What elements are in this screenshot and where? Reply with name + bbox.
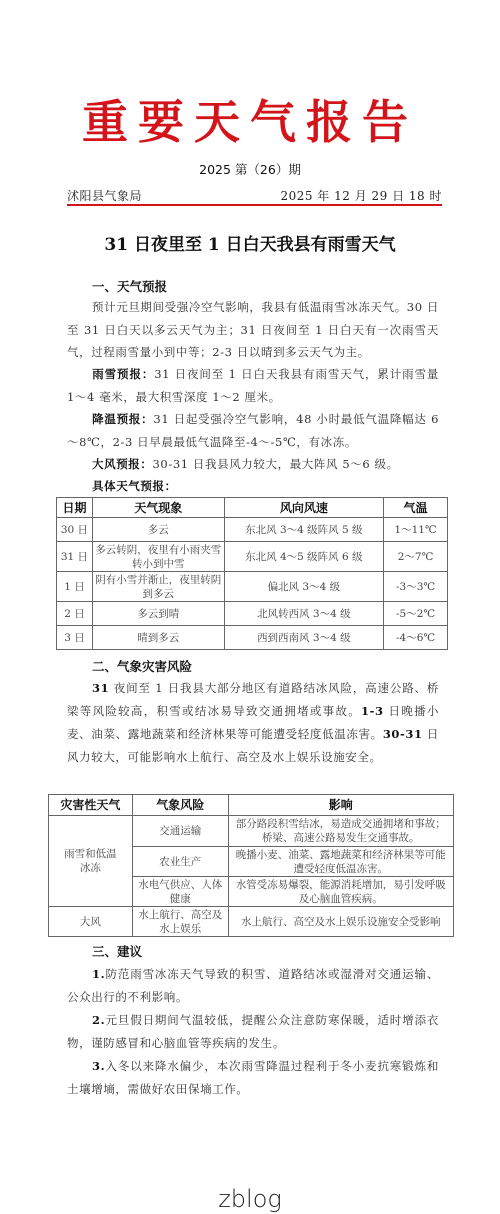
table-row: 1 日 阴有小雪并渐止，夜里转阴到多云 偏北风 3～4 级 -3～3℃ [57, 572, 448, 602]
table-row: 31 日 多云转阴，夜里有小雨夹雪转小到中雪 东北风 4～5 级阵风 6 级 2… [57, 542, 448, 572]
advice-item: 2.元旦假日期间气温较低，提醒公众注意防寒保暖，适时增添衣物，谨防感冒和心脑血管… [67, 1009, 439, 1054]
col-wind: 风向风速 [224, 498, 384, 518]
report-title: 重要天气报告 [0, 92, 500, 152]
col-temp: 气温 [384, 498, 448, 518]
meta-row: 沭阳县气象局 2025 年 12 月 29 日 18 时 [67, 187, 442, 204]
forecast-table-header: 日期 天气现象 风向风速 气温 [57, 498, 448, 518]
cooling-forecast: 降温预报：31 日起受强冷空气影响，48 小时最低气温降幅达 6～8℃，2-3 … [67, 408, 439, 453]
section-heading-advice: 三、建议 [92, 942, 142, 960]
rain-snow-forecast: 雨雪预报：31 日夜间至 1 日白天我县有雨雪天气，累计雨雪量 1～4 毫米，最… [67, 363, 439, 408]
table-row: 30 日 多云 东北风 3～4 级阵风 5 级 1～11℃ [57, 518, 448, 542]
col-weather: 天气现象 [92, 498, 224, 518]
issue-number: 2025 第（26）期 [0, 160, 500, 178]
col-impact: 影响 [228, 795, 453, 816]
table-row: 3 日 晴到多云 西到西南风 3～4 级 -4～6℃ [57, 626, 448, 650]
hazard-rain-snow: 雨雪和低温冰冻 [49, 816, 133, 907]
col-hazard: 灾害性天气 [49, 795, 133, 816]
table-row: 雨雪和低温冰冻 交通运输 部分路段积雪结冰，易造成交通拥堵和事故；桥梁、高速公路… [49, 816, 454, 847]
col-date: 日期 [57, 498, 93, 518]
red-divider [67, 204, 442, 206]
issue-datetime: 2025 年 12 月 29 日 18 时 [280, 187, 442, 204]
detail-forecast-label: 具体天气预报： [67, 475, 439, 498]
section-heading-forecast: 一、天气预报 [92, 277, 167, 295]
forecast-table: 日期 天气现象 风向风速 气温 30 日 多云 东北风 3～4 级阵风 5 级 … [56, 497, 448, 650]
hazard-wind: 大风 [49, 907, 133, 937]
section-heading-risk: 二、气象灾害风险 [92, 657, 192, 675]
forecast-intro: 预计元旦期间受强冷空气影响，我县有低温雨雪冰冻天气。30 日至 31 日白天以多… [67, 296, 439, 364]
col-risk: 气象风险 [132, 795, 228, 816]
risk-paragraph: 31 夜间至 1 日我县大部分地区有道路结冰风险，高速公路、桥梁等风险较高，积雪… [67, 677, 439, 769]
issuer: 沭阳县气象局 [67, 187, 142, 204]
watermark: zblog [0, 1185, 500, 1213]
table-row: 2 日 多云到晴 北风转西风 3～4 级 -5～2℃ [57, 602, 448, 626]
wind-forecast: 大风预报：30-31 日我县风力较大，最大阵风 5～6 级。 [67, 453, 439, 476]
risk-table: 灾害性天气 气象风险 影响 雨雪和低温冰冻 交通运输 部分路段积雪结冰，易造成交… [48, 794, 454, 937]
headline: 31 日夜里至 1 日白天我县有雨雪天气 [0, 230, 500, 255]
risk-table-header: 灾害性天气 气象风险 影响 [49, 795, 454, 816]
table-row: 大风 水上航行、高空及水上娱乐 水上航行、高空及水上娱乐设施安全受影响 [49, 907, 454, 937]
advice-item: 1.防范雨雪冰冻天气导致的积雪、道路结冰或湿滑对交通运输、公众出行的不利影响。 [67, 963, 439, 1008]
advice-item: 3.入冬以来降水偏少，本次雨雪降温过程利于冬小麦抗寒锻炼和土壤增墒，需做好农田保… [67, 1055, 439, 1100]
